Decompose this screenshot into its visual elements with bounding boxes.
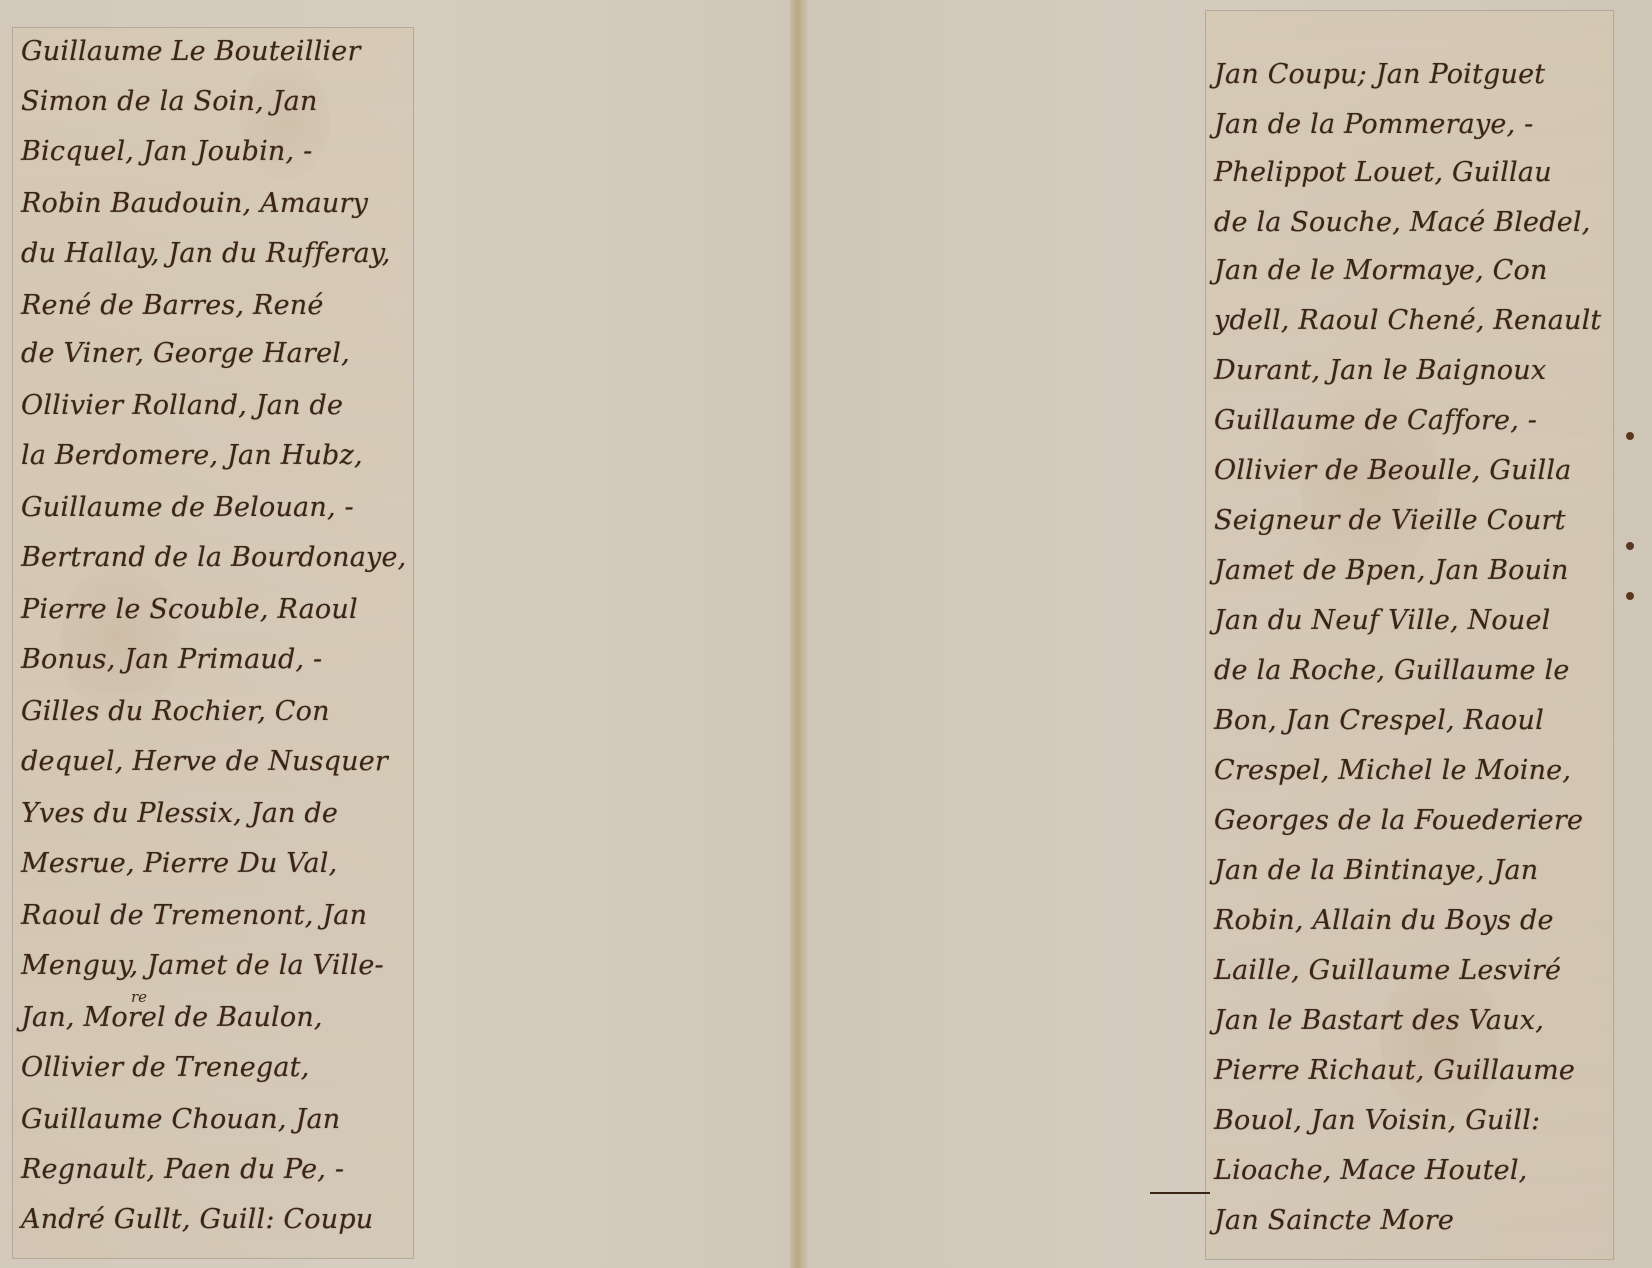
manuscript-line: de la Souche, Macé Bledel, <box>1214 207 1643 238</box>
manuscript-line: du Hallay, Jan du Rufferay, <box>21 238 443 269</box>
manuscript-line: Phelippot Louet, Guillau <box>1214 157 1643 188</box>
manuscript-line: Seigneur de Vieille Court <box>1214 505 1643 536</box>
right-text-block: Jan Coupu; Jan Poitguet Jan de la Pommer… <box>1205 10 1614 1260</box>
book-gutter <box>790 0 808 1268</box>
manuscript-line: Durant, Jan le Baignoux <box>1214 355 1643 386</box>
manuscript-line: Jan, Morel de Baulon, <box>21 1002 443 1033</box>
manuscript-line: la Berdomere, Jan Hubz, <box>21 440 443 471</box>
manuscript-line: Jan le Bastart des Vaux, <box>1214 1005 1643 1036</box>
manuscript-line: Lioache, Mace Houtel, <box>1214 1155 1643 1186</box>
manuscript-line: Ollivier de Trenegat, <box>21 1052 443 1083</box>
margin-dash <box>1150 1192 1210 1194</box>
left-text-block: Guillaume Le Bouteillier Simon de la Soi… <box>12 27 414 1259</box>
manuscript-line: Bouol, Jan Voisin, Guill: <box>1214 1105 1643 1136</box>
manuscript-line: André Gullt, Guill: Coupu <box>21 1204 443 1235</box>
manuscript-line: ydell, Raoul Chené, Renault <box>1214 305 1643 336</box>
manuscript-line: de la Roche, Guillaume le <box>1214 655 1643 686</box>
manuscript-line: Bon, Jan Crespel, Raoul <box>1214 705 1643 736</box>
manuscript-line: René de Barres, René <box>21 290 443 321</box>
manuscript-line: Guillaume Chouan, Jan <box>21 1104 443 1135</box>
manuscript-line: Yves du Plessix, Jan de <box>21 798 443 829</box>
manuscript-line: Mesrue, Pierre Du Val, <box>21 848 443 879</box>
manuscript-line: Simon de la Soin, Jan <box>21 86 443 117</box>
manuscript-line: Bonus, Jan Primaud, - <box>21 644 443 675</box>
margin-ink-dot <box>1626 592 1634 600</box>
manuscript-line: Menguy, Jamet de la Ville- <box>21 950 443 981</box>
manuscript-line: Georges de la Fouederiere <box>1214 805 1643 836</box>
manuscript-line: Jan du Neuf Ville, Nouel <box>1214 605 1643 636</box>
manuscript-line: Robin Baudouin, Amaury <box>21 188 443 219</box>
manuscript-line: Jan de la Bintinaye, Jan <box>1214 855 1643 886</box>
manuscript-line: Raoul de Tremenont, Jan <box>21 900 443 931</box>
manuscript-line: Jan de le Mormaye, Con <box>1214 255 1643 286</box>
manuscript-line: Jan Coupu; Jan Poitguet <box>1214 59 1643 90</box>
manuscript-line: Guillaume de Caffore, - <box>1214 405 1643 436</box>
superscript-correction: re <box>131 988 147 1006</box>
manuscript-line: Robin, Allain du Boys de <box>1214 905 1643 936</box>
manuscript-line: Crespel, Michel le Moine, <box>1214 755 1643 786</box>
manuscript-line: Jamet de Bpen, Jan Bouin <box>1214 555 1643 586</box>
manuscript-line: Bicquel, Jan Joubin, - <box>21 136 443 167</box>
margin-ink-dot <box>1626 432 1634 440</box>
manuscript-line: Ollivier de Beoulle, Guilla <box>1214 455 1643 486</box>
manuscript-line: Gilles du Rochier, Con <box>21 696 443 727</box>
manuscript-line: Jan Saincte More <box>1214 1205 1643 1236</box>
manuscript-line: Ollivier Rolland, Jan de <box>21 390 443 421</box>
manuscript-line: Jan de la Pommeraye, - <box>1214 109 1643 140</box>
manuscript-line: Laille, Guillaume Lesviré <box>1214 955 1643 986</box>
manuscript-line: Pierre Richaut, Guillaume <box>1214 1055 1643 1086</box>
manuscript-line: Bertrand de la Bourdonaye, <box>21 542 443 573</box>
manuscript-line: Guillaume de Belouan, - <box>21 492 443 523</box>
manuscript-line: Guillaume Le Bouteillier <box>21 36 443 67</box>
manuscript-line: dequel, Herve de Nusquer <box>21 746 443 777</box>
margin-ink-dot <box>1626 542 1634 550</box>
manuscript-line: de Viner, George Harel, <box>21 338 443 369</box>
manuscript-line: Pierre le Scouble, Raoul <box>21 594 443 625</box>
manuscript-line: Regnault, Paen du Pe, - <box>21 1154 443 1185</box>
